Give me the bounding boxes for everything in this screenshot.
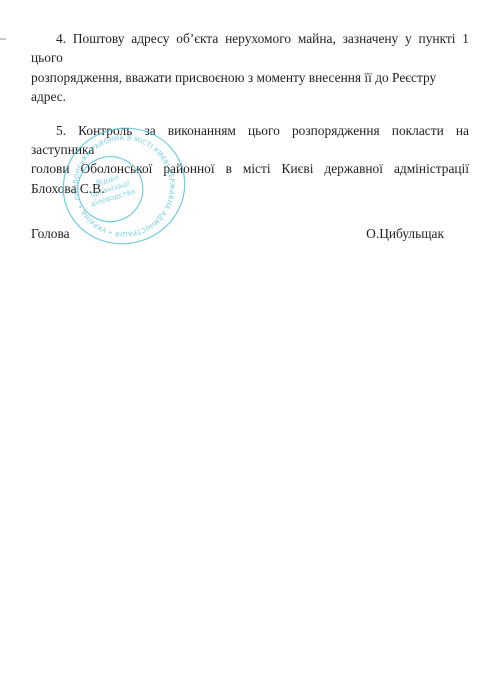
paragraph-5: 5. Контроль за виконанням цього розпоряд… <box>31 121 469 199</box>
document-page: 4. Поштову адресу об’єкта нерухомого май… <box>0 0 500 700</box>
signature-name: О.Цибульщак <box>366 224 444 243</box>
paragraph-5-line-1: 5. Контроль за виконанням цього розпоряд… <box>31 121 469 160</box>
paragraph-4-line-2: розпорядження, вважати присвоєною з моме… <box>31 68 469 107</box>
paragraph-5-line-2: голови Оболонської районної в місті Києв… <box>31 159 469 178</box>
paragraph-4: 4. Поштову адресу об’єкта нерухомого май… <box>31 29 469 107</box>
document-body: 4. Поштову адресу об’єкта нерухомого май… <box>31 29 469 244</box>
signature-row: Голова О.Цибульщак <box>31 224 469 243</box>
paragraph-4-line-1: 4. Поштову адресу об’єкта нерухомого май… <box>31 29 469 68</box>
signature-title: Голова <box>31 224 70 243</box>
paragraph-5-line-3: Блохова С.В. <box>31 179 469 198</box>
scan-artifact-dash <box>0 38 6 40</box>
